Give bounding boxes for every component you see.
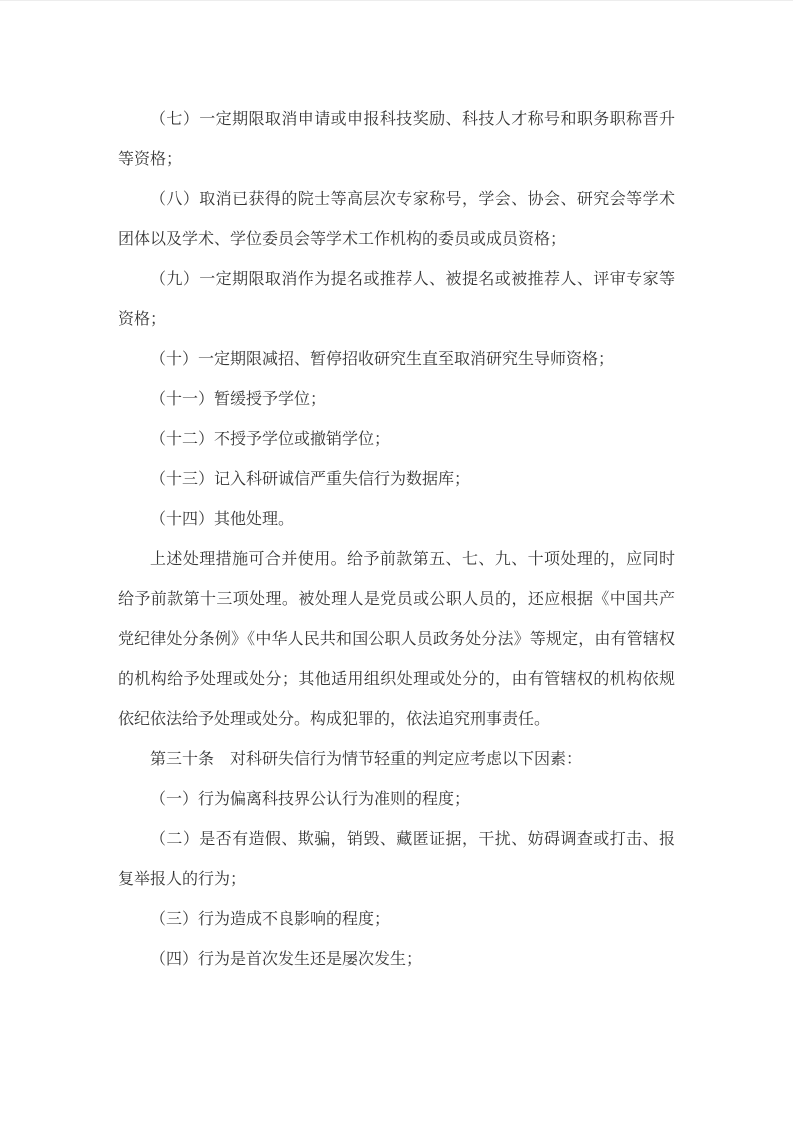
- document-body: （七）一定期限取消申请或申报科技奖励、科技人才称号和职务职称晋升等资格；（八）取…: [118, 100, 675, 980]
- paragraph: （二）是否有造假、欺骗，销毁、藏匿证据，干扰、妨碍调查或打击、报复举报人的行为；: [118, 820, 675, 900]
- paragraph: （四）行为是首次发生还是屡次发生；: [118, 940, 675, 980]
- paragraph: （八）取消已获得的院士等高层次专家称号，学会、协会、研究会等学术团体以及学术、学…: [118, 180, 675, 260]
- paragraph: （十一）暂缓授予学位；: [118, 380, 675, 420]
- paragraph: （十二）不授予学位或撤销学位；: [118, 420, 675, 460]
- paragraph: （十四）其他处理。: [118, 500, 675, 540]
- paragraph: （九）一定期限取消作为提名或推荐人、被提名或被推荐人、评审专家等资格；: [118, 260, 675, 340]
- paragraph: （三）行为造成不良影响的程度；: [118, 900, 675, 940]
- paragraph: （十三）记入科研诚信严重失信行为数据库；: [118, 460, 675, 500]
- paragraph: （十）一定期限减招、暂停招收研究生直至取消研究生导师资格；: [118, 340, 675, 380]
- document-page: （七）一定期限取消申请或申报科技奖励、科技人才称号和职务职称晋升等资格；（八）取…: [0, 0, 793, 1122]
- paragraph: （七）一定期限取消申请或申报科技奖励、科技人才称号和职务职称晋升等资格；: [118, 100, 675, 180]
- paragraph: 上述处理措施可合并使用。给予前款第五、七、九、十项处理的，应同时给予前款第十三项…: [118, 540, 675, 740]
- paragraph: 第三十条 对科研失信行为情节轻重的判定应考虑以下因素：: [118, 740, 675, 780]
- paragraph: （一）行为偏离科技界公认行为准则的程度；: [118, 780, 675, 820]
